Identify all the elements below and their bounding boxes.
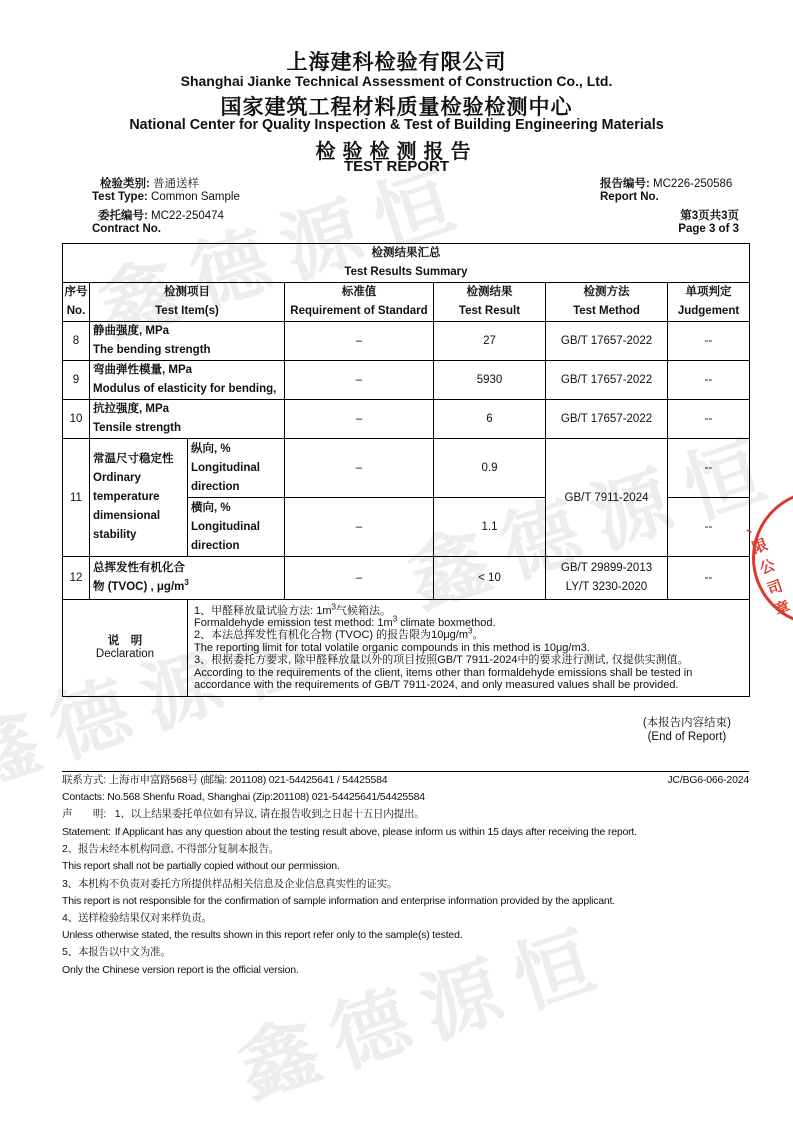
- center-name-en: National Center for Quality Inspection &…: [0, 117, 793, 133]
- table-title-row: 检测结果汇总 Test Results Summary: [63, 244, 750, 283]
- statement-4-cn: 4、送样检验结果仅对来样负责。: [62, 912, 749, 924]
- row-standard: –: [285, 498, 434, 557]
- end-of-report: (本报告内容结束) (End of Report): [643, 716, 731, 744]
- table-row: 9 弯曲弹性模量, MPaModulus of elasticity for b…: [63, 361, 750, 400]
- statement-1-en: Statement: If Applicant has any question…: [62, 826, 749, 838]
- row-item: 总挥发性有机化合物 (TVOC) , μg/m3: [90, 557, 285, 600]
- row-method: GB/T 17657-2022: [546, 322, 668, 361]
- declaration-line: 2、本法总挥发性有机化合物 (TVOC) 的报告限为10μg/m3。: [194, 629, 745, 641]
- row-judgement: --: [668, 361, 750, 400]
- declaration-text: 1、甲醛释放量试验方法: 1m3气候箱法。Formaldehyde emissi…: [188, 600, 750, 697]
- page-cn: 第3页共3页: [678, 210, 739, 223]
- row-standard: –: [285, 361, 434, 400]
- statement-3-en: This report is not responsible for the c…: [62, 895, 749, 907]
- company-name-en: Shanghai Jianke Technical Assessment of …: [0, 73, 793, 89]
- contract-no: 委托编号: MC22-250474 Contract No.: [92, 210, 224, 236]
- test-type-value-en: Common Sample: [151, 191, 240, 203]
- declaration-label: 说 明 Declaration: [63, 600, 188, 697]
- row-result: 1.1: [434, 498, 546, 557]
- row-standard: –: [285, 322, 434, 361]
- table-header-row: 序号No. 检测项目Test Item(s) 标准值Requirement of…: [63, 283, 750, 322]
- declaration-row: 说 明 Declaration 1、甲醛释放量试验方法: 1m3气候箱法。For…: [63, 600, 750, 697]
- table-row: 8 静曲强度, MPaThe bending strength – 27 GB/…: [63, 322, 750, 361]
- row-item: 常温尺寸稳定性 Ordinary temperature dimensional…: [90, 439, 188, 557]
- results-table: 检测结果汇总 Test Results Summary 序号No. 检测项目Te…: [62, 243, 750, 697]
- statement-2-cn: 2、报告未经本机构同意, 不得部分复制本报告。: [62, 843, 749, 855]
- row-judgement: --: [668, 322, 750, 361]
- declaration-line: accordance with the requirements of GB/T…: [194, 679, 745, 691]
- page-indicator: 第3页共3页 Page 3 of 3: [678, 210, 739, 236]
- row-method: GB/T 7911-2024: [546, 439, 668, 557]
- page-en: Page 3 of 3: [678, 223, 739, 236]
- statement-3-cn: 3、本机构不负责对委托方所提供样品相关信息及企业信息真实性的证实。: [62, 878, 749, 890]
- row-no: 10: [63, 400, 90, 439]
- footer-divider: [62, 771, 749, 772]
- row-judgement: --: [668, 400, 750, 439]
- col-header-item: 检测项目Test Item(s): [90, 283, 285, 322]
- test-type-label-cn: 检验类别:: [100, 178, 150, 190]
- statement-1-cn: 声 明: 1、以上结果委托单位如有异议, 请在报告收到之日起十五日内提出。: [62, 808, 749, 820]
- row-result: 0.9: [434, 439, 546, 498]
- declaration-line: 1、甲醛释放量试验方法: 1m3气候箱法。: [194, 605, 745, 617]
- row-result: < 10: [434, 557, 546, 600]
- statement-4-en: Unless otherwise stated, the results sho…: [62, 929, 749, 941]
- sub-item-label: 纵向, %Longitudinal direction: [188, 439, 285, 498]
- contract-value: MC22-250474: [151, 210, 224, 222]
- report-no: 报告编号: MC226-250586 Report No.: [600, 178, 732, 204]
- col-header-standard: 标准值Requirement of Standard: [285, 283, 434, 322]
- row-no: 9: [63, 361, 90, 400]
- row-item: 静曲强度, MPaThe bending strength: [90, 322, 285, 361]
- company-name-cn: 上海建科检验有限公司: [0, 46, 793, 76]
- row-result: 5930: [434, 361, 546, 400]
- report-no-label-en: Report No.: [600, 191, 659, 203]
- footer-contact-en: Contacts: No.568 Shenfu Road, Shanghai (…: [62, 791, 749, 803]
- row-result: 6: [434, 400, 546, 439]
- table-row: 12 总挥发性有机化合物 (TVOC) , μg/m3 – < 10 GB/T …: [63, 557, 750, 600]
- row-method: GB/T 29899-2013LY/T 3230-2020: [546, 557, 668, 600]
- table-title: 检测结果汇总 Test Results Summary: [63, 244, 750, 283]
- contract-label-en: Contract No.: [92, 223, 161, 235]
- declaration-line: The reporting limit for total volatile o…: [194, 642, 745, 654]
- report-title-en: TEST REPORT: [0, 158, 793, 175]
- col-header-method: 检测方法Test Method: [546, 283, 668, 322]
- row-standard: –: [285, 400, 434, 439]
- doc-code: JC/BG6-066-2024: [667, 774, 749, 786]
- test-type-label-en: Test Type:: [92, 191, 148, 203]
- test-type-value-cn: 普通送样: [153, 178, 199, 190]
- test-type: 检验类别: 普通送样 Test Type: Common Sample: [92, 178, 240, 204]
- row-method: GB/T 17657-2022: [546, 400, 668, 439]
- col-header-no: 序号No.: [63, 283, 90, 322]
- col-header-judgement: 单项判定Judgement: [668, 283, 750, 322]
- row-result: 27: [434, 322, 546, 361]
- footer-contact-cn: 联系方式: 上海市申富路568号 (邮编: 201108) 021-544256…: [62, 774, 749, 786]
- statement-5-en: Only the Chinese version report is the o…: [62, 964, 749, 976]
- statement-5-cn: 5、本报告以中文为准。: [62, 946, 749, 958]
- row-no: 11: [63, 439, 90, 557]
- table-row: 10 抗拉强度, MPaTensile strength – 6 GB/T 17…: [63, 400, 750, 439]
- declaration-line: According to the requirements of the cli…: [194, 667, 745, 679]
- col-header-result: 检测结果Test Result: [434, 283, 546, 322]
- row-item: 抗拉强度, MPaTensile strength: [90, 400, 285, 439]
- table-row: 11 常温尺寸稳定性 Ordinary temperature dimensio…: [63, 439, 750, 498]
- sub-item-label: 横向, %Longitudinal direction: [188, 498, 285, 557]
- declaration-line: 3、根据委托方要求, 除甲醛释放量以外的项目按照GB/T 7911-2024中的…: [194, 654, 745, 666]
- row-judgement: --: [668, 498, 750, 557]
- row-method: GB/T 17657-2022: [546, 361, 668, 400]
- watermark: 鑫德源恒: [223, 894, 623, 1119]
- contract-label-cn: 委托编号:: [98, 210, 148, 222]
- row-judgement: --: [668, 439, 750, 498]
- row-no: 8: [63, 322, 90, 361]
- row-standard: –: [285, 439, 434, 498]
- row-item: 弯曲弹性模量, MPaModulus of elasticity for ben…: [90, 361, 285, 400]
- statement-2-en: This report shall not be partially copie…: [62, 860, 749, 872]
- row-judgement: --: [668, 557, 750, 600]
- report-no-value: MC226-250586: [653, 178, 732, 190]
- report-no-label-cn: 报告编号:: [600, 178, 650, 190]
- row-no: 12: [63, 557, 90, 600]
- row-standard: –: [285, 557, 434, 600]
